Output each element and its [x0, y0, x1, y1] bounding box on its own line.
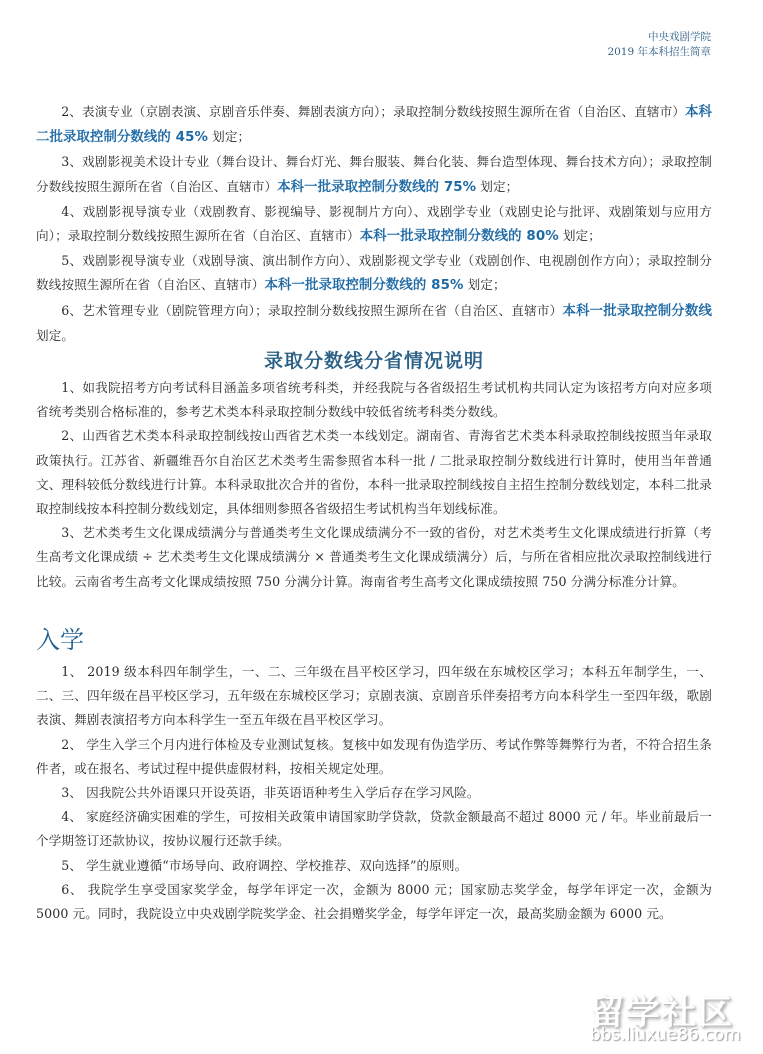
enrollment-item: 1、 2019 级本科四年制学生，一、二、三年级在昌平校区学习，四年级在东城校区…: [36, 660, 712, 733]
highlight-text: 本科一批录取控制分数线的 75%: [277, 180, 476, 195]
enrollment-item: 6、 我院学生享受国家奖学金，每学年评定一次，金额为 8000 元；国家励志奖学…: [36, 878, 712, 926]
enrollment-item: 5、 学生就业遵循“市场导向、政府调控、学校推荐、双向选择”的原则。: [36, 854, 712, 878]
province-item: 3、艺术类考生文化课成绩满分与普通类考生文化课成绩满分不一致的省份，对艺术类考生…: [36, 521, 712, 594]
section-title-province-scores: 录取分数线分省情况说明: [36, 346, 712, 373]
admission-score-list: 2、表演专业（京剧表演、京剧音乐伴奏、舞剧表演方向）；录取控制分数线按照生源所在…: [36, 100, 712, 348]
province-item: 2、山西省艺术类本科录取控制线按山西省艺术类一本线划定。湖南省、青海省艺术类本科…: [36, 424, 712, 521]
enrollment-item: 4、 家庭经济确实困难的学生，可按相关政策申请国家助学贷款，贷款金额最高不超过 …: [36, 805, 712, 853]
page-content: 2、表演专业（京剧表演、京剧音乐伴奏、舞剧表演方向）；录取控制分数线按照生源所在…: [36, 100, 712, 348]
highlight-text: 本科一批录取控制分数线: [562, 304, 712, 319]
province-item: 1、如我院招考方向考试科目涵盖多项省统考科类，并经我院与各省级招生考试机构共同认…: [36, 376, 712, 424]
header-document-title: 2019 年本科招生简章: [607, 45, 711, 60]
score-item: 2、表演专业（京剧表演、京剧音乐伴奏、舞剧表演方向）；录取控制分数线按照生源所在…: [36, 100, 712, 150]
score-item: 4、戏剧影视导演专业（戏剧教育、影视编导、影视制片方向）、戏剧学专业（戏剧史论与…: [36, 200, 712, 249]
section-title-enrollment: 入学: [36, 620, 84, 655]
score-item: 5、戏剧影视导演专业（戏剧导演、演出制作方向）、戏剧影视文学专业（戏剧创作、电视…: [36, 249, 712, 298]
watermark-url: bbs.liuxue86.com: [590, 1025, 741, 1045]
score-item: 3、戏剧影视美术设计专业（舞台设计、舞台灯光、舞台服装、舞台化装、舞台造型体现、…: [36, 150, 712, 199]
highlight-text: 本科一批录取控制分数线的 80%: [360, 229, 559, 244]
watermark-logo: 留学社区 bbs.liuxue86.com: [590, 985, 760, 1054]
highlight-text: 本科一批录取控制分数线的 85%: [265, 278, 464, 293]
score-item: 6、艺术管理专业（剧院管理方向）；录取控制分数线按照生源所在省（自治区、直辖市）…: [36, 299, 712, 348]
page-header: 中央戏剧学院 2019 年本科招生简章: [607, 30, 711, 60]
province-scores-section: 1、如我院招考方向考试科目涵盖多项省统考科类，并经我院与各省级招生考试机构共同认…: [36, 376, 712, 594]
header-institution: 中央戏剧学院: [607, 30, 711, 45]
enrollment-item: 3、 因我院公共外语课只开设英语，非英语语种考生入学后存在学习风险。: [36, 781, 712, 805]
enrollment-item: 2、 学生入学三个月内进行体检及专业测试复核。复核中如发现有伪造学历、考试作弊等…: [36, 733, 712, 781]
enrollment-section: 1、 2019 级本科四年制学生，一、二、三年级在昌平校区学习，四年级在东城校区…: [36, 660, 712, 926]
